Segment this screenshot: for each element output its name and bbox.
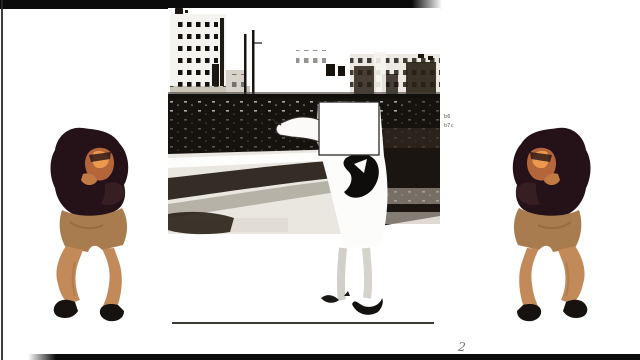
- person-leg-faint: [341, 248, 343, 300]
- margin-annotation: b6 b7c: [444, 113, 454, 131]
- censor-rectangle: [319, 102, 379, 155]
- letterbox-bottom-bar: [28, 354, 640, 360]
- photo-bottom-rule: [172, 322, 434, 324]
- bw-rooftop-photo: [168, 8, 440, 325]
- rooftop-ledge: [168, 148, 440, 234]
- right-dancer-figure: [490, 119, 596, 325]
- video-frame: b6 b7c 2: [0, 0, 640, 360]
- frame-left-edge-line: [1, 0, 3, 360]
- left-dancer-figure: [45, 122, 151, 322]
- bw-photo-art: [168, 8, 440, 325]
- annotation-line-2: b7c: [444, 122, 454, 131]
- page-number-mark: 2: [457, 340, 466, 355]
- annotation-line-1: b6: [444, 113, 454, 122]
- person-leg-faint: [366, 248, 368, 298]
